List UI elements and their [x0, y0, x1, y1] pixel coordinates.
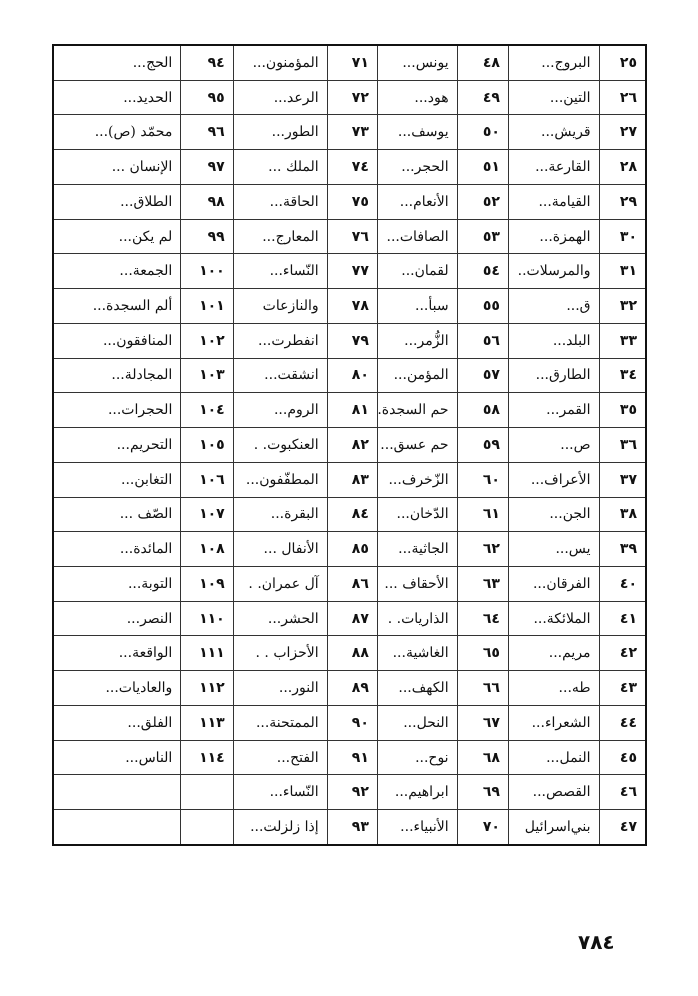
table-row: ٢٦التين...٤٩هود...٧٢الرعد...٩٥الحديد...	[53, 80, 646, 115]
order-number-cell: ٩٣	[327, 810, 377, 845]
surah-name-cell: حم عسق...	[377, 428, 457, 463]
surah-name-cell: القارعة...	[508, 150, 599, 185]
surah-name-cell: الجن...	[508, 497, 599, 532]
surah-name-cell: الممتحنة...	[233, 705, 327, 740]
surah-name-cell: محمّد (ص)...	[53, 115, 181, 150]
surah-name-cell: الزّخرف...	[377, 462, 457, 497]
order-number-cell: ٣٠	[599, 219, 646, 254]
order-number-cell: ١٠٧	[181, 497, 233, 532]
order-number-cell: ١٠٦	[181, 462, 233, 497]
order-number-cell: ٣١	[599, 254, 646, 289]
order-number-cell: ٤٥	[599, 740, 646, 775]
surah-name-cell: الجمعة...	[53, 254, 181, 289]
surah-name-cell: الطلاق...	[53, 184, 181, 219]
order-number-cell: ٤٠	[599, 567, 646, 602]
surah-name-cell: الحجر...	[377, 150, 457, 185]
surah-name-cell: الحشر...	[233, 601, 327, 636]
order-number-cell: ٥٨	[457, 393, 508, 428]
order-number-cell: ٩٩	[181, 219, 233, 254]
surah-name-cell: بني‌اسرائيل	[508, 810, 599, 845]
order-number-cell: ٨٨	[327, 636, 377, 671]
table-body: ٢٥البروج...٤٨يونس...٧١المؤمنون...٩٤الحج.…	[53, 45, 646, 845]
order-number-cell: ٨٣	[327, 462, 377, 497]
surah-name-cell: مريم...	[508, 636, 599, 671]
surah-name-cell: الملائكة...	[508, 601, 599, 636]
order-number-cell: ٨٥	[327, 532, 377, 567]
surah-name-cell: الأنعام...	[377, 184, 457, 219]
order-number-cell: ٣٨	[599, 497, 646, 532]
order-number-cell: ٧٢	[327, 80, 377, 115]
table-row: ٢٨القارعة...٥١الحجر...٧٤الملك ...٩٧الإنس…	[53, 150, 646, 185]
order-number-cell: ٥٣	[457, 219, 508, 254]
order-number-cell: ٥١	[457, 150, 508, 185]
order-number-cell: ١٠٥	[181, 428, 233, 463]
surah-name-cell: الواقعة...	[53, 636, 181, 671]
surah-name-cell: انشقت...	[233, 358, 327, 393]
table-row: ٣٢ق...٥٥سبأ...٧٨والنازعات١٠١ألم السجدة..…	[53, 289, 646, 324]
surah-name-cell: النّساء...	[233, 254, 327, 289]
page-number: ٧٨٤	[578, 930, 615, 954]
order-number-cell: ٧٩	[327, 323, 377, 358]
surah-name-cell: الرعد...	[233, 80, 327, 115]
table-row: ٣٥القمر...٥٨حم السجدة.٨١الروم...١٠٤الحجر…	[53, 393, 646, 428]
table-row: ٣٦ص...٥٩حم عسق...٨٢العنكبوت. .١٠٥التحريم…	[53, 428, 646, 463]
order-number-cell: ١١٤	[181, 740, 233, 775]
surah-name-cell: المجادلة...	[53, 358, 181, 393]
surah-name-cell: الحجرات...	[53, 393, 181, 428]
order-number-cell: ٣٥	[599, 393, 646, 428]
order-number-cell: ٨٩	[327, 671, 377, 706]
surah-name-cell: سبأ...	[377, 289, 457, 324]
table-row: ٤٥النمل...٦٨نوح...٩١الفتح...١١٤الناس...	[53, 740, 646, 775]
order-number-cell: ٥٠	[457, 115, 508, 150]
order-number-cell: ١٠٩	[181, 567, 233, 602]
surah-name-cell: والمرسلات..	[508, 254, 599, 289]
table-row: ٢٥البروج...٤٨يونس...٧١المؤمنون...٩٤الحج.…	[53, 45, 646, 80]
order-number-cell: ٣٣	[599, 323, 646, 358]
order-number-cell: ٤٤	[599, 705, 646, 740]
surah-name-cell: آل عمران. .	[233, 567, 327, 602]
surah-name-cell: المعارج...	[233, 219, 327, 254]
order-number-cell: ٦٤	[457, 601, 508, 636]
surah-name-cell: الطور...	[233, 115, 327, 150]
order-number-cell: ١٠٨	[181, 532, 233, 567]
table-row: ٤٣طه...٦٦الكهف...٨٩النور...١١٢والعاديات.…	[53, 671, 646, 706]
surah-name-cell: الصافات...	[377, 219, 457, 254]
order-number-cell: ٦٣	[457, 567, 508, 602]
order-number-cell: ٤٨	[457, 45, 508, 80]
surah-name-cell: الفلق...	[53, 705, 181, 740]
order-number-cell: ٨٦	[327, 567, 377, 602]
order-number-cell: ٢٧	[599, 115, 646, 150]
surah-name-cell: النّساء...	[233, 775, 327, 810]
order-number-cell: ٧٣	[327, 115, 377, 150]
surah-name-cell: الأحقاف ...	[377, 567, 457, 602]
order-number-cell: ٦٠	[457, 462, 508, 497]
order-number-cell: ٤١	[599, 601, 646, 636]
surah-name-cell	[53, 775, 181, 810]
document-page: ٢٥البروج...٤٨يونس...٧١المؤمنون...٩٤الحج.…	[0, 0, 698, 996]
surah-name-cell: انفطرت...	[233, 323, 327, 358]
table-row: ٣١والمرسلات..٥٤لقمان...٧٧النّساء...١٠٠ال…	[53, 254, 646, 289]
order-number-cell: ١٠١	[181, 289, 233, 324]
surah-name-cell: الطارق...	[508, 358, 599, 393]
surah-name-cell: نوح...	[377, 740, 457, 775]
order-number-cell: ١١١	[181, 636, 233, 671]
order-number-cell: ٣٢	[599, 289, 646, 324]
order-number-cell: ٢٥	[599, 45, 646, 80]
surah-name-cell: الأنبياء...	[377, 810, 457, 845]
order-number-cell: ٥٤	[457, 254, 508, 289]
surah-name-cell: الملك ...	[233, 150, 327, 185]
surah-name-cell: القمر...	[508, 393, 599, 428]
table-row: ٤١الملائكة...٦٤الذاريات. .٨٧الحشر...١١٠ا…	[53, 601, 646, 636]
order-number-cell: ٩٥	[181, 80, 233, 115]
surah-name-cell: الأعراف...	[508, 462, 599, 497]
surah-name-cell: لم يكن...	[53, 219, 181, 254]
order-number-cell: ٦٦	[457, 671, 508, 706]
order-number-cell: ٩٢	[327, 775, 377, 810]
order-number-cell: ٧٤	[327, 150, 377, 185]
table-row: ٣٤الطارق...٥٧المؤمن...٨٠انشقت...١٠٣المجا…	[53, 358, 646, 393]
surah-name-cell: القيامة...	[508, 184, 599, 219]
surah-name-cell: الزُّمر...	[377, 323, 457, 358]
surah-name-cell: والنازعات	[233, 289, 327, 324]
order-number-cell: ٧٧	[327, 254, 377, 289]
surah-name-cell: المطفّفون...	[233, 462, 327, 497]
order-number-cell: ٥٥	[457, 289, 508, 324]
order-number-cell: ٤٦	[599, 775, 646, 810]
surah-name-cell: الذاريات. .	[377, 601, 457, 636]
order-number-cell: ٢٨	[599, 150, 646, 185]
order-number-cell: ١٠٢	[181, 323, 233, 358]
surah-name-cell: النمل...	[508, 740, 599, 775]
surah-name-cell: ص...	[508, 428, 599, 463]
surah-name-cell: المؤمنون...	[233, 45, 327, 80]
order-number-cell: ٥٧	[457, 358, 508, 393]
surah-name-cell: العنكبوت. .	[233, 428, 327, 463]
surah-name-cell: طه...	[508, 671, 599, 706]
table-row: ٣٧الأعراف...٦٠الزّخرف...٨٣المطفّفون...١٠…	[53, 462, 646, 497]
order-number-cell: ١٠٣	[181, 358, 233, 393]
surah-name-cell: الإنسان ...	[53, 150, 181, 185]
surah-name-cell: الحديد...	[53, 80, 181, 115]
order-number-cell: ٥٦	[457, 323, 508, 358]
order-number-cell: ٨١	[327, 393, 377, 428]
table-row: ٣٣البلد...٥٦الزُّمر...٧٩انفطرت...١٠٢المن…	[53, 323, 646, 358]
order-number-cell: ٤٢	[599, 636, 646, 671]
surah-name-cell: الفرقان...	[508, 567, 599, 602]
surah-name-cell: والعاديات...	[53, 671, 181, 706]
surah-name-cell: التحريم...	[53, 428, 181, 463]
order-number-cell: ١١٣	[181, 705, 233, 740]
surah-name-cell: الهمزة...	[508, 219, 599, 254]
order-number-cell: ٦١	[457, 497, 508, 532]
table-row: ٤٠الفرقان...٦٣الأحقاف ...٨٦آل عمران. .١٠…	[53, 567, 646, 602]
surah-name-cell: النحل...	[377, 705, 457, 740]
order-number-cell: ٥٢	[457, 184, 508, 219]
order-number-cell: ٣٦	[599, 428, 646, 463]
surah-name-cell: الشعراء...	[508, 705, 599, 740]
surah-name-cell: الأنفال ...	[233, 532, 327, 567]
surah-name-cell: الأحزاب . .	[233, 636, 327, 671]
order-number-cell: ٩٧	[181, 150, 233, 185]
surah-name-cell: ق...	[508, 289, 599, 324]
surah-name-cell: التوبة...	[53, 567, 181, 602]
surah-name-cell: الجاثية...	[377, 532, 457, 567]
order-number-cell: ٦٥	[457, 636, 508, 671]
table-row: ٣٠الهمزة...٥٣الصافات...٧٦المعارج...٩٩لم …	[53, 219, 646, 254]
order-number-cell: ٥٩	[457, 428, 508, 463]
order-number-cell	[181, 810, 233, 845]
surah-name-cell: الدّخان...	[377, 497, 457, 532]
table-row: ٤٤الشعراء...٦٧النحل...٩٠الممتحنة...١١٣ال…	[53, 705, 646, 740]
table-row: ٤٦القصص...٦٩ابراهيم...٩٢النّساء...	[53, 775, 646, 810]
table-row: ٣٨الجن...٦١الدّخان...٨٤البقرة...١٠٧الصّف…	[53, 497, 646, 532]
surah-name-cell: هود...	[377, 80, 457, 115]
order-number-cell: ١٠٤	[181, 393, 233, 428]
table-row: ٣٩يس...٦٢الجاثية...٨٥الأنفال ...١٠٨المائ…	[53, 532, 646, 567]
order-number-cell: ٦٨	[457, 740, 508, 775]
table-row: ٢٩القيامة...٥٢الأنعام...٧٥الحاقة...٩٨الط…	[53, 184, 646, 219]
order-number-cell: ١١٠	[181, 601, 233, 636]
order-number-cell: ١١٢	[181, 671, 233, 706]
surah-name-cell: الفتح...	[233, 740, 327, 775]
table-row: ٤٧بني‌اسرائيل٧٠الأنبياء...٩٣إذا زلزلت...	[53, 810, 646, 845]
surah-name-cell: الغاشية...	[377, 636, 457, 671]
order-number-cell: ٤٣	[599, 671, 646, 706]
order-number-cell: ٦٩	[457, 775, 508, 810]
order-number-cell: ٨٠	[327, 358, 377, 393]
surah-name-cell: المؤمن...	[377, 358, 457, 393]
surah-order-table: ٢٥البروج...٤٨يونس...٧١المؤمنون...٩٤الحج.…	[52, 44, 647, 846]
order-number-cell: ٦٧	[457, 705, 508, 740]
surah-name-cell: القصص...	[508, 775, 599, 810]
surah-name-cell: الروم...	[233, 393, 327, 428]
surah-name-cell: ألم السجدة...	[53, 289, 181, 324]
surah-name-cell: الناس...	[53, 740, 181, 775]
order-number-cell: ٩٦	[181, 115, 233, 150]
order-number-cell: ٣٤	[599, 358, 646, 393]
order-number-cell: ٧٦	[327, 219, 377, 254]
order-number-cell: ٣٧	[599, 462, 646, 497]
order-number-cell: ٤٧	[599, 810, 646, 845]
surah-name-cell: يس...	[508, 532, 599, 567]
surah-name-cell: النور...	[233, 671, 327, 706]
surah-name-cell: المائدة...	[53, 532, 181, 567]
order-number-cell: ٩٠	[327, 705, 377, 740]
surah-name-cell: ابراهيم...	[377, 775, 457, 810]
order-number-cell: ٢٦	[599, 80, 646, 115]
surah-name-cell: النصر...	[53, 601, 181, 636]
order-number-cell: ٩١	[327, 740, 377, 775]
order-number-cell: ٧٨	[327, 289, 377, 324]
order-number-cell: ٢٩	[599, 184, 646, 219]
surah-name-cell: الحج...	[53, 45, 181, 80]
table-row: ٢٧قريش...٥٠يوسف...٧٣الطور...٩٦محمّد (ص).…	[53, 115, 646, 150]
order-number-cell: ٨٤	[327, 497, 377, 532]
order-number-cell: ٦٢	[457, 532, 508, 567]
order-number-cell: ٧١	[327, 45, 377, 80]
surah-name-cell: الكهف...	[377, 671, 457, 706]
table-row: ٤٢مريم...٦٥الغاشية...٨٨الأحزاب . .١١١الو…	[53, 636, 646, 671]
order-number-cell: ٨٧	[327, 601, 377, 636]
surah-name-cell: يوسف...	[377, 115, 457, 150]
order-number-cell: ٨٢	[327, 428, 377, 463]
surah-name-cell: الحاقة...	[233, 184, 327, 219]
surah-name-cell: الصّف ...	[53, 497, 181, 532]
surah-name-cell: يونس...	[377, 45, 457, 80]
order-number-cell: ٣٩	[599, 532, 646, 567]
order-number-cell: ٧٥	[327, 184, 377, 219]
surah-name-cell: التغابن...	[53, 462, 181, 497]
surah-name-cell: المنافقون...	[53, 323, 181, 358]
surah-name-cell: لقمان...	[377, 254, 457, 289]
order-number-cell: ٤٩	[457, 80, 508, 115]
order-number-cell: ١٠٠	[181, 254, 233, 289]
order-number-cell: ٩٨	[181, 184, 233, 219]
surah-name-cell: التين...	[508, 80, 599, 115]
surah-name-cell: البقرة...	[233, 497, 327, 532]
surah-name-cell: حم السجدة.	[377, 393, 457, 428]
surah-name-cell	[53, 810, 181, 845]
surah-name-cell: البلد...	[508, 323, 599, 358]
order-number-cell: ٧٠	[457, 810, 508, 845]
surah-name-cell: البروج...	[508, 45, 599, 80]
order-number-cell	[181, 775, 233, 810]
surah-name-cell: إذا زلزلت...	[233, 810, 327, 845]
surah-name-cell: قريش...	[508, 115, 599, 150]
order-number-cell: ٩٤	[181, 45, 233, 80]
